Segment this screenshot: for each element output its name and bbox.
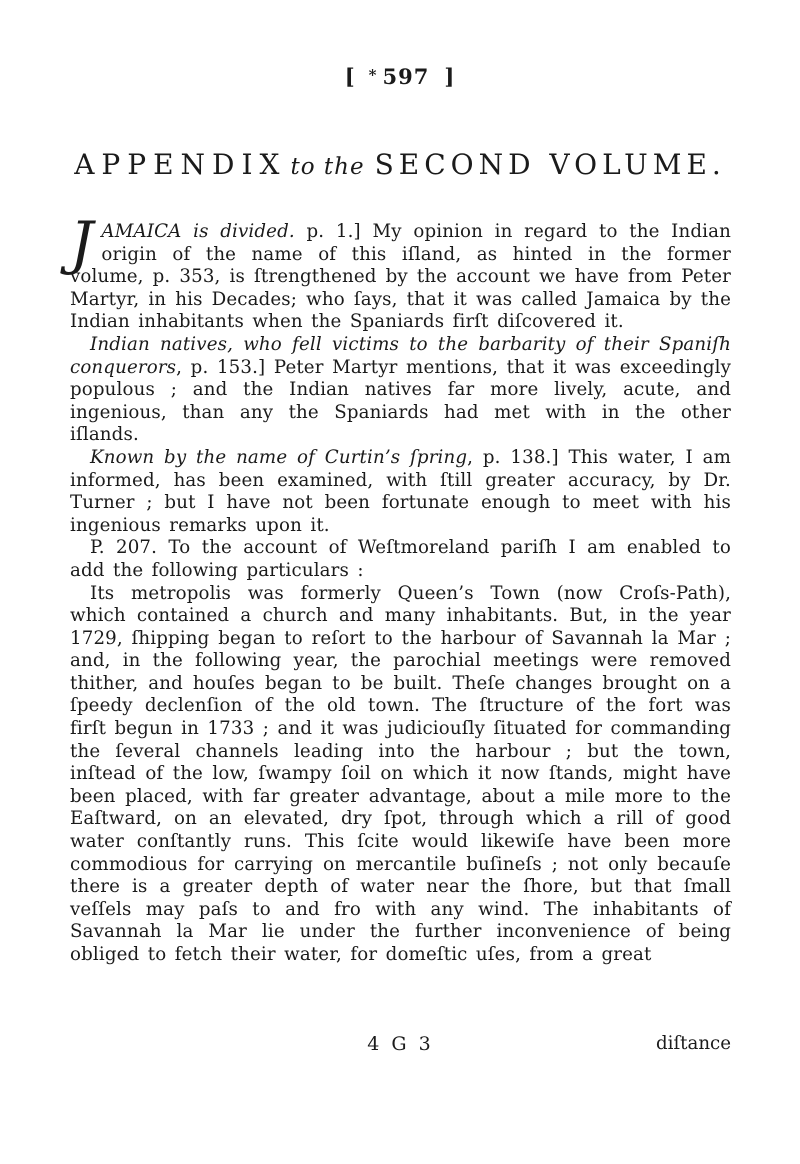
dropcap-letter-j: J	[70, 222, 93, 264]
paragraph-curtins-spring: Known by the name of Curtin’s ſpring, p.…	[70, 447, 731, 537]
appendix-title: APPENDIXto theSECOND VOLUME.	[0, 148, 800, 181]
paragraph-lead-italic: AMAICA is divided.	[101, 221, 294, 242]
paragraph-page-ref: , p. 153.]	[176, 357, 265, 378]
paragraph-jamaica-divided: JAMAICA is divided. p. 1.] My opinion in…	[70, 221, 731, 334]
folio-bracket-left: [	[345, 64, 356, 89]
signature-mark: 4 G 3	[70, 1033, 731, 1056]
paragraph-westmoreland: P. 207. To the account of Weſtmoreland p…	[70, 537, 731, 582]
paragraph-lead-italic: Known by the name of Curtin’s ſpring	[90, 447, 467, 468]
book-page: [*597] APPENDIXto theSECOND VOLUME. JAMA…	[0, 0, 800, 1164]
folio-number: 597	[383, 64, 430, 89]
page-body-text: JAMAICA is divided. p. 1.] My opinion in…	[70, 221, 731, 967]
title-word-appendix: APPENDIX	[74, 148, 286, 181]
paragraph-page-ref: , p. 138.]	[467, 447, 559, 468]
paragraph-page-ref: p. 1.]	[295, 221, 361, 242]
paragraph-text: Its metropolis was formerly Queen’s Town…	[70, 583, 731, 966]
title-connector: to the	[291, 154, 365, 180]
catchword: diſtance	[656, 1033, 731, 1056]
paragraph-indian-natives: Indian natives, who fell victims to the …	[70, 334, 731, 447]
folio-bracket-right: ]	[444, 64, 455, 89]
page-number-folio: [*597]	[0, 64, 800, 89]
page-footer: 4 G 3 diſtance	[70, 1033, 731, 1056]
paragraph-savannah-la-mar: Its metropolis was formerly Queen’s Town…	[70, 583, 731, 967]
title-word-second-volume: SECOND VOLUME.	[375, 148, 726, 181]
folio-star: *	[369, 66, 378, 84]
paragraph-text: P. 207. To the account of Weſtmoreland p…	[70, 537, 731, 581]
